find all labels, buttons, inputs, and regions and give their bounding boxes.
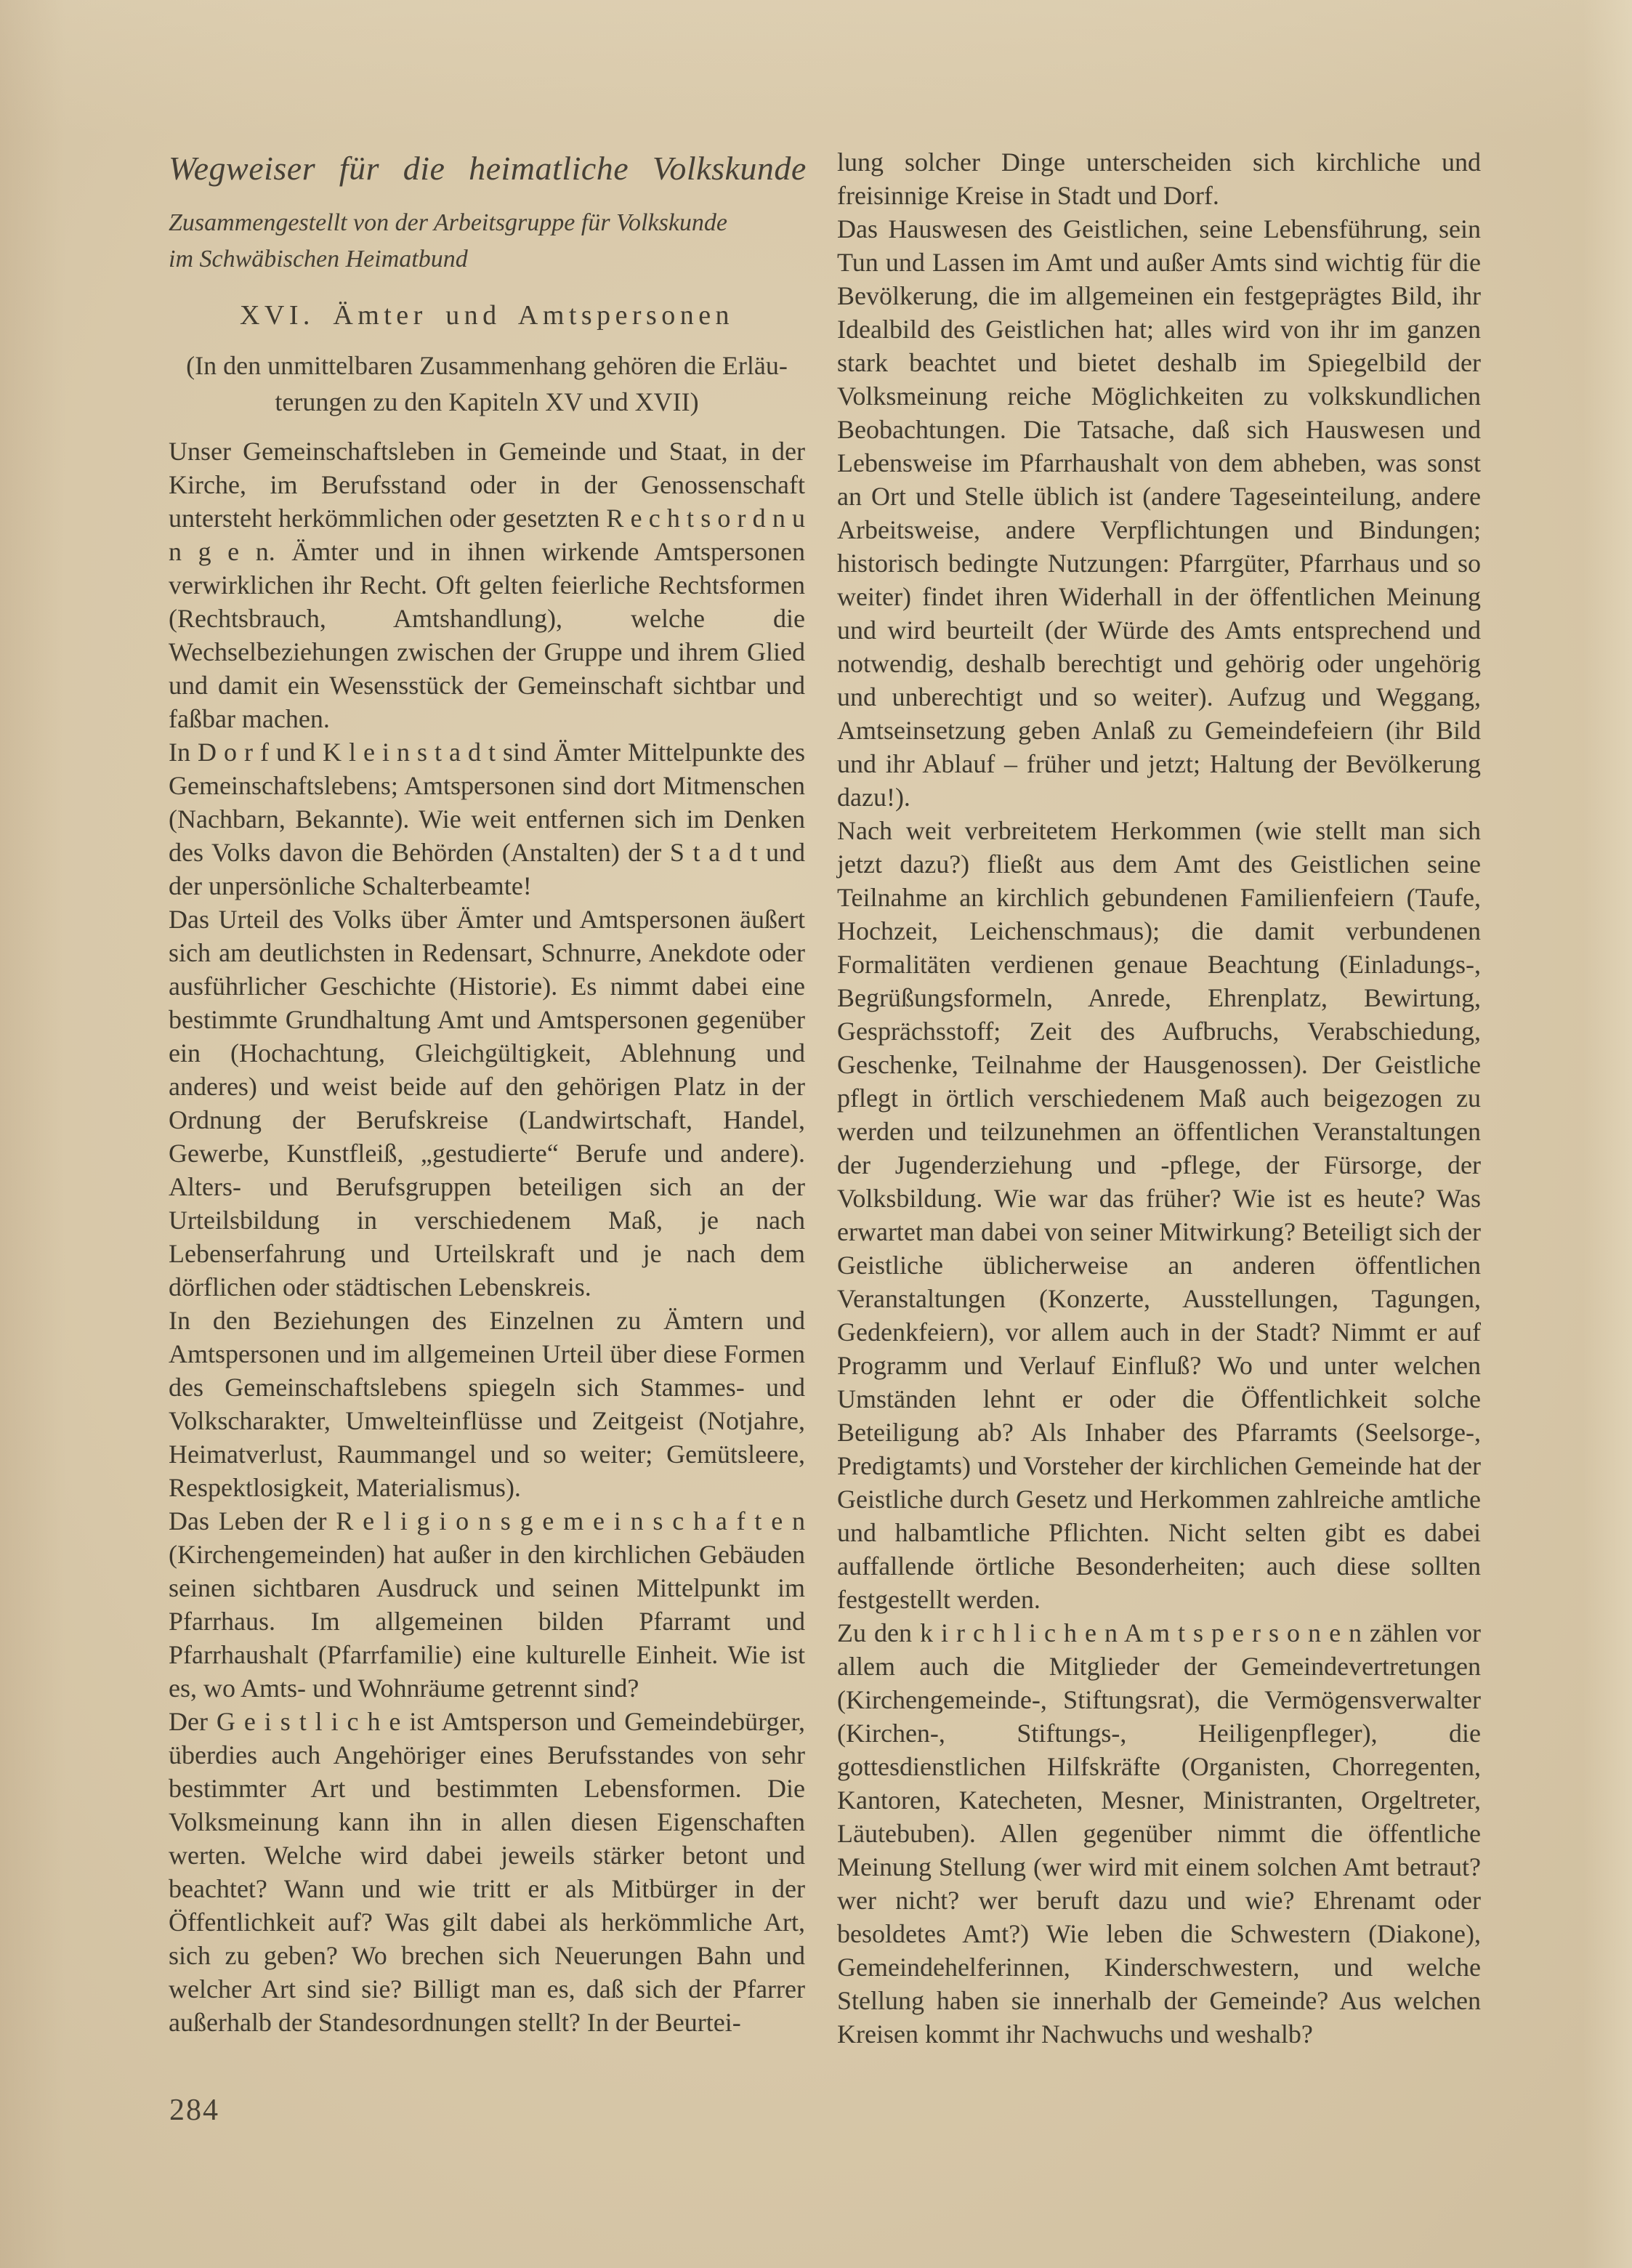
right-column: lung solcher Dinge unterscheiden sich ki… (837, 145, 1481, 2051)
left-column: Wegweiser für die heimatliche Volkskunde… (169, 149, 805, 2039)
subtitle-line-2: im Schwäbischen Heimatbund (169, 246, 468, 273)
chapter-note: (In den unmittelbaren Zusammenhang gehör… (169, 347, 805, 420)
page-number: 284 (169, 2093, 219, 2128)
paragraph: Nach weit verbreitetem Herkommen (wie st… (837, 814, 1481, 1616)
article-subtitle: Zusammengestellt von der Arbeitsgruppe f… (169, 205, 805, 278)
article-title: Wegweiser für die heimatliche Volkskunde (169, 149, 805, 187)
paragraph: Unser Gemeinschaftsleben in Gemeinde und… (169, 435, 805, 735)
chapter-note-line-2: terungen zu den Kapiteln XV und XVII) (275, 387, 698, 416)
subtitle-line-1: Zusammengestellt von der Arbeitsgruppe f… (169, 209, 727, 236)
paragraph: Das Urteil des Volks über Ämter und Amts… (169, 903, 805, 1304)
scanned-book-page: Wegweiser für die heimatliche Volkskunde… (0, 0, 1632, 2268)
paragraph: In D o r f und K l e i n s t a d t sind … (169, 735, 805, 903)
paragraph: Zu den k i r c h l i c h e n A m t s p e… (837, 1616, 1481, 2051)
paragraph: Der G e i s t l i c h e ist Amtsperson u… (169, 1705, 805, 2039)
left-column-text: Unser Gemeinschaftsleben in Gemeinde und… (169, 435, 805, 2039)
chapter-note-line-1: (In den unmittelbaren Zusammenhang gehör… (186, 351, 788, 380)
right-column-text: lung solcher Dinge unterscheiden sich ki… (837, 145, 1481, 2051)
chapter-heading: XVI. Ämter und Amtspersonen (169, 299, 805, 331)
paragraph: In den Beziehungen des Einzelnen zu Ämte… (169, 1304, 805, 1504)
paragraph: lung solcher Dinge unterscheiden sich ki… (837, 145, 1481, 212)
paragraph: Das Leben der R e l i g i o n s g e m e … (169, 1504, 805, 1705)
paragraph: Das Hauswesen des Geistlichen, seine Leb… (837, 212, 1481, 814)
